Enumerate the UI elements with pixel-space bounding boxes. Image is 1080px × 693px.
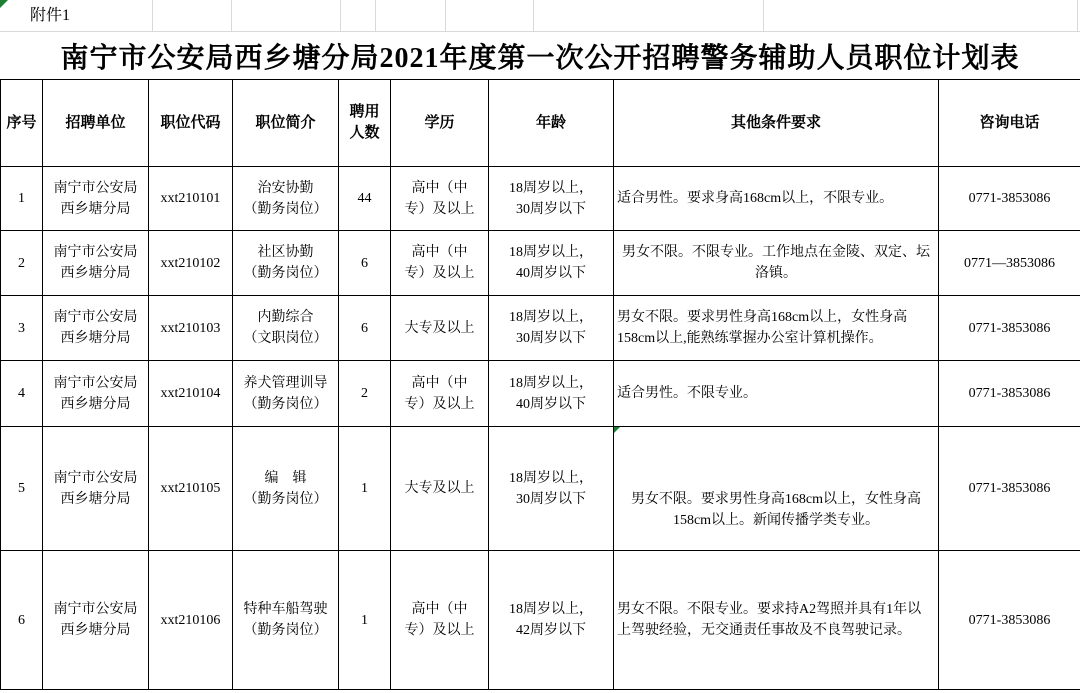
cell-age: 18周岁以上， 30周岁以下	[489, 167, 614, 231]
cell-phone: 0771—3853086	[939, 231, 1080, 296]
cell-education: 大专及以上	[391, 296, 489, 361]
cell-age: 18周岁以上， 30周岁以下	[489, 296, 614, 361]
cell-code: xxt210102	[149, 231, 233, 296]
header-phone: 咨询电话	[939, 80, 1080, 167]
cell-phone: 0771-3853086	[939, 551, 1080, 690]
cell-count: 2	[339, 361, 391, 427]
grid-line	[375, 0, 376, 31]
cell-intro: 社区协勤 （勤务岗位）	[233, 231, 339, 296]
cell-unit: 南宁市公安局 西乡塘分局	[43, 361, 149, 427]
table-row: 2 南宁市公安局 西乡塘分局 xxt210102 社区协勤 （勤务岗位） 6 高…	[1, 231, 1080, 296]
cell-requirements: 适合男性。不限专业。	[614, 361, 939, 427]
cell-no: 3	[1, 296, 43, 361]
cell-requirements: 男女不限。要求男性身高168cm以上，女性身高158cm以上。新闻传播学类专业。	[614, 427, 939, 551]
grid-line	[763, 0, 764, 31]
cell-requirements: 适合男性。要求身高168cm以上，不限专业。	[614, 167, 939, 231]
table-row: 1 南宁市公安局 西乡塘分局 xxt210101 治安协勤 （勤务岗位） 44 …	[1, 167, 1080, 231]
cell-education: 高中（中 专）及以上	[391, 361, 489, 427]
header-no: 序号	[1, 80, 43, 167]
cell-no: 4	[1, 361, 43, 427]
cell-unit: 南宁市公安局 西乡塘分局	[43, 231, 149, 296]
table-row: 4 南宁市公安局 西乡塘分局 xxt210104 养犬管理训导 （勤务岗位） 2…	[1, 361, 1080, 427]
header-age: 年龄	[489, 80, 614, 167]
cell-phone: 0771-3853086	[939, 427, 1080, 551]
grid-line	[445, 0, 446, 31]
cell-requirements: 男女不限。要求男性身高168cm以上，女性身高158cm以上,能熟练掌握办公室计…	[614, 296, 939, 361]
table-row: 6 南宁市公安局 西乡塘分局 xxt210106 特种车船驾驶 （勤务岗位） 1…	[1, 551, 1080, 690]
header-intro: 职位简介	[233, 80, 339, 167]
cell-code: xxt210101	[149, 167, 233, 231]
cell-corner-flag-icon	[614, 427, 620, 433]
cell-code: xxt210104	[149, 361, 233, 427]
cell-unit: 南宁市公安局 西乡塘分局	[43, 551, 149, 690]
grid-line	[533, 0, 534, 31]
table-header-row: 序号 招聘单位 职位代码 职位简介 聘用 人数 学历 年龄 其他条件要求 咨询电…	[1, 80, 1080, 167]
cell-code: xxt210106	[149, 551, 233, 690]
cell-phone: 0771-3853086	[939, 296, 1080, 361]
spreadsheet-page: 附件1 南宁市公安局西乡塘分局2021年度第一次公开招聘警务辅助人员职位计划表 …	[0, 0, 1080, 693]
cell-age: 18周岁以上， 42周岁以下	[489, 551, 614, 690]
cell-education: 高中（中 专）及以上	[391, 231, 489, 296]
cell-no: 5	[1, 427, 43, 551]
job-plan-table: 序号 招聘单位 职位代码 职位简介 聘用 人数 学历 年龄 其他条件要求 咨询电…	[0, 79, 1080, 690]
cell-count: 1	[339, 551, 391, 690]
cell-intro: 养犬管理训导 （勤务岗位）	[233, 361, 339, 427]
cell-count: 1	[339, 427, 391, 551]
cell-unit: 南宁市公安局 西乡塘分局	[43, 427, 149, 551]
cell-phone: 0771-3853086	[939, 361, 1080, 427]
cell-education: 高中（中 专）及以上	[391, 167, 489, 231]
header-count: 聘用 人数	[339, 80, 391, 167]
cell-no: 6	[1, 551, 43, 690]
cell-intro: 内勤综合 （文职岗位）	[233, 296, 339, 361]
cell-code: xxt210103	[149, 296, 233, 361]
attachment-row: 附件1	[0, 0, 1080, 32]
cell-no: 1	[1, 167, 43, 231]
cell-unit: 南宁市公安局 西乡塘分局	[43, 296, 149, 361]
cell-no: 2	[1, 231, 43, 296]
cell-intro: 编 辑 （勤务岗位）	[233, 427, 339, 551]
header-unit: 招聘单位	[43, 80, 149, 167]
cell-age: 18周岁以上， 40周岁以下	[489, 361, 614, 427]
cell-code: xxt210105	[149, 427, 233, 551]
grid-line	[152, 0, 153, 31]
cell-intro: 特种车船驾驶 （勤务岗位）	[233, 551, 339, 690]
cell-age: 18周岁以上， 30周岁以下	[489, 427, 614, 551]
grid-line	[1077, 0, 1078, 31]
cell-unit: 南宁市公安局 西乡塘分局	[43, 167, 149, 231]
cell-requirements: 男女不限。不限专业。要求持A2驾照并具有1年以上驾驶经验，无交通责任事故及不良驾…	[614, 551, 939, 690]
cell-count: 6	[339, 296, 391, 361]
cell-phone: 0771-3853086	[939, 167, 1080, 231]
cell-intro: 治安协勤 （勤务岗位）	[233, 167, 339, 231]
attachment-label: 附件1	[30, 0, 70, 31]
header-education: 学历	[391, 80, 489, 167]
page-title: 南宁市公安局西乡塘分局2021年度第一次公开招聘警务辅助人员职位计划表	[0, 32, 1080, 79]
table-row: 5 南宁市公安局 西乡塘分局 xxt210105 编 辑 （勤务岗位） 1 大专…	[1, 427, 1080, 551]
table-row: 3 南宁市公安局 西乡塘分局 xxt210103 内勤综合 （文职岗位） 6 大…	[1, 296, 1080, 361]
cell-requirements: 男女不限。不限专业。工作地点在金陵、双定、坛洛镇。	[614, 231, 939, 296]
requirements-text: 男女不限。要求男性身高168cm以上，女性身高158cm以上。新闻传播学类专业。	[631, 492, 921, 528]
cell-education: 大专及以上	[391, 427, 489, 551]
header-code: 职位代码	[149, 80, 233, 167]
header-requirements: 其他条件要求	[614, 80, 939, 167]
cell-count: 6	[339, 231, 391, 296]
cell-count: 44	[339, 167, 391, 231]
cell-age: 18周岁以上， 40周岁以下	[489, 231, 614, 296]
grid-line	[231, 0, 232, 31]
cell-education: 高中（中 专）及以上	[391, 551, 489, 690]
grid-line	[340, 0, 341, 31]
sheet-corner-flag-icon	[0, 0, 8, 8]
